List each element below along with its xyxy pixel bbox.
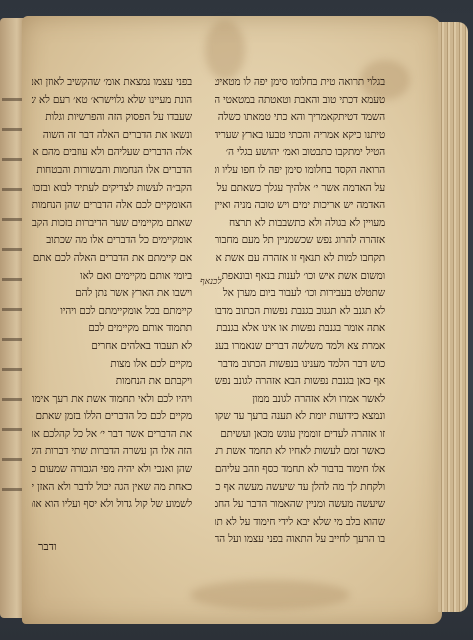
left-text-column: בפני עצמו נמצאת אומ׳ שהקשיב לאוזן ואםהונ… [32, 74, 192, 514]
text-line: הזה אלו הן עשרה הדברות שתי דברות השוה [32, 443, 192, 461]
text-line: אומקיימים כל הדברים אלו מה שכתוב [32, 232, 192, 250]
text-line: בו הרעך לחייב על התאוה בפני עצמו ועל החמ… [215, 531, 385, 549]
text-line: שהוא בלב מי שלא יבא לידי חימוד על לא תתא… [215, 514, 385, 532]
text-line: אמרת צא ולמד משלשה דברים שנאמרו בענין [215, 338, 385, 356]
text-line: הדברים אלו הנחמות והבשורות והבטחות [32, 162, 192, 180]
text-line: כוש דבר הלמד מענינו בנפשות הכתוב מדבר [215, 356, 385, 374]
catchword: ודבר [38, 540, 57, 553]
text-line: קיימתם בכל אומקיימתם לכם ויהיו [32, 303, 192, 321]
text-line: שאתם מקיימים שער הדיברות בזכות הקב״ה [32, 215, 192, 233]
text-line: לשמוע של קול גדול ולא יסף ועליו הוא אומר [32, 496, 192, 514]
text-line: אלה הדברים שעליהם ולא עוזבים מהם אלה [32, 144, 192, 162]
text-line: תקחבו למות לא תנאף זו אזהרה עם אשת איש [215, 250, 385, 268]
text-line: ביומי אותם מקיימים ואם לאו [32, 268, 192, 286]
text-line: לא תעבוד באלהים אחרים [32, 338, 192, 356]
text-line: אלו חימוד בדבור לא תחמד כסף וזהב עליהם [215, 461, 385, 479]
text-line: הרואה הקסד בחלומו סימן יפה לו חפו עליו ו… [215, 162, 385, 180]
text-line: השמד דטיתקאמריך והא כתי טמאתו כשלה [215, 109, 385, 127]
page-edges [438, 22, 468, 612]
text-line: ונמצא כידועות יומת לא תענה ברעך עד שקר [215, 408, 385, 426]
text-line: בגלוי תרואה טית בחלומו סימן יפה לו מטאיט [215, 74, 385, 92]
text-line: הונת מעיינו שלא גלוישרא׳ טא׳ רעם לא שלי [32, 92, 192, 110]
text-line: לאשר אמרו ולא אזהרה לגונב ממון [215, 391, 385, 409]
text-line: שתטלט בעבירות וכו׳ לעבור ביום מערן אל [215, 285, 385, 303]
text-line: ולקחת לך מה להלן עד שיעשה מעשה אף כאן עד [215, 479, 385, 497]
text-line: זו אזהרה לעדים זוממין עונש מכאן ועשיתם [215, 426, 385, 444]
text-line: וישבו את הארץ אשר נתן להם [32, 285, 192, 303]
text-line: שיעשה מעשה ומניין שהאמור הדבר על החמדה [215, 496, 385, 514]
right-text-column: בגלוי תרואה טית בחלומו סימן יפה לו מטאיט… [215, 74, 385, 549]
water-stain [190, 580, 350, 610]
text-line: כאחת מה שאין הגה יכול לדבר ולא האזן יכול… [32, 479, 192, 497]
text-line: הטיל ימתקבו כתבטוב ואמ׳ יהושע בגלי ה׳ [215, 144, 385, 162]
text-line: האדמה יש אריכות ימים ויש טובה מניה ואיין [215, 197, 385, 215]
water-stain [205, 20, 245, 80]
text-line: שעבדו על הפסוק הזה והפרשיות וגלות [32, 109, 192, 127]
text-line: לא תגנב לא תגנוב בגנבת נפשות הכתוב מדבר [215, 303, 385, 321]
text-line: בפני עצמו נמצאת אומ׳ שהקשיב לאוזן ואם [32, 74, 192, 92]
text-line: טיתנו כיקא אמריה והכתי טבעו בארץ שעריה ל… [215, 127, 385, 145]
text-line: על האדמה אשר י׳ אלהיך עגלך כשאתם על [215, 180, 385, 198]
text-line: מעויין לא בגולה ולא כתשבבות לא תרצח [215, 215, 385, 233]
text-line: מקיים לכם אלו מצות [32, 356, 192, 374]
text-line: ומשום אשת איש וכו׳ לענות בנאף ובונאפת [215, 268, 385, 286]
text-line: שהן ואנכי ולא יהיה מפי הגבורה שמעום כקול… [32, 461, 192, 479]
text-line: תתמוד אותם מקיימים לכם [32, 320, 192, 338]
text-line: האומקיים לכם אלה הדברים שהן הנחמות בזכות [32, 197, 192, 215]
text-line: כאשר זמם לעשות לאחיו לא תחמד אשת רעך [215, 443, 385, 461]
text-line: ונשאו את הדברים האלה דבר זה השוה [32, 127, 192, 145]
text-line: טעמא דכתי טוב והאבת וטאטתה במטאטי ה׳ [215, 92, 385, 110]
text-line: ויקבתם את הנחמות [32, 373, 192, 391]
text-line: אתה אומר בגנבת נפשות או אינו אלא בגנבת מ… [215, 320, 385, 338]
text-line: אזהרה להרוג נפש שכשמניין תל מעם מחבור [215, 232, 385, 250]
text-line: את הדברים אשר דבר י׳ אל כל קהלכם אתה [32, 426, 192, 444]
text-line: אף כאן בגנבת נפשות הבא אזהרה לגונב נפשות [215, 373, 385, 391]
text-line: מקיים לכם כל הדברים הללו בזמן שאתם מקיימ… [32, 408, 192, 426]
text-line: אם קיימתם את הדברים האלה לכם אתם [32, 250, 192, 268]
margin-note: לכנאף [200, 276, 222, 287]
text-line: ויהיו לכם ולאי תחמוד אשת את רעך אימתי [32, 391, 192, 409]
text-line: הקב״ה לעשות לצדיקים לעתיד לבוא ובזכות [32, 180, 192, 198]
